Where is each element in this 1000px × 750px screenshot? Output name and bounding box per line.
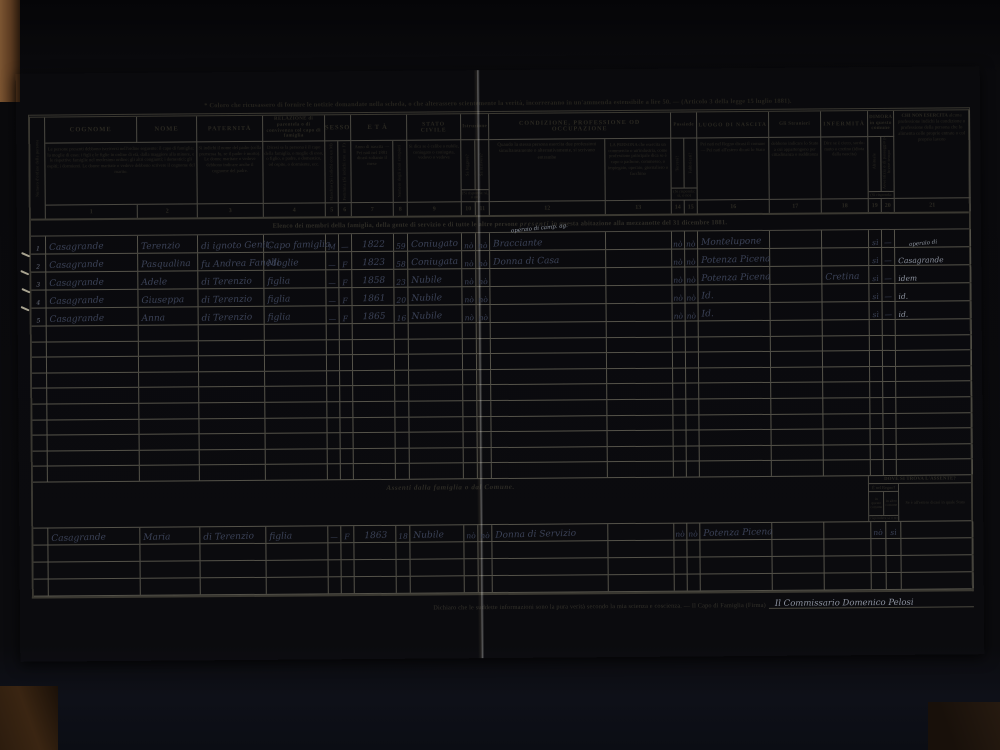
- cell-straniero: [770, 230, 822, 247]
- cell-m: —: [326, 252, 339, 269]
- cell-cognome: [49, 562, 141, 579]
- cell-anni: [396, 464, 410, 479]
- cell-abituale: sì: [869, 230, 882, 247]
- pencil-tick: [21, 306, 30, 311]
- cell-persona: [608, 541, 674, 558]
- cell-chi: id.: [895, 283, 971, 301]
- cell-professione: [492, 447, 608, 463]
- handwritten-cognome: Casagrande: [49, 297, 104, 307]
- cell-terreni: nò: [672, 250, 685, 267]
- cell-anni: 59: [394, 234, 408, 251]
- cell-relazione: figlia: [264, 288, 326, 305]
- cell-m: [327, 387, 340, 402]
- cell-chi: id.: [896, 301, 972, 319]
- handwritten-luogo: Potenza Picena: [701, 273, 770, 284]
- cell-m: —: [326, 270, 339, 287]
- cell-anno: [353, 386, 395, 401]
- cell-infermita: [824, 445, 871, 460]
- handwritten-legge: nò: [464, 260, 474, 268]
- col-num-2: 2: [138, 204, 198, 217]
- cell-scrive: [478, 432, 492, 447]
- cell-anno: [355, 577, 397, 593]
- handwritten-scrive: nò: [478, 314, 488, 322]
- cell-cognome: [47, 388, 139, 403]
- cell-straniero: [771, 414, 823, 429]
- cell-cognome: [47, 373, 139, 388]
- cell-chi: [897, 444, 973, 459]
- cell-paternita: fu Andrea Fanelli: [198, 253, 264, 271]
- cell-anno: 1822: [352, 234, 394, 251]
- cell-legge: [463, 323, 477, 338]
- cell-altro: sì: [886, 522, 901, 538]
- cell-scrive: [479, 576, 493, 592]
- cell-stato: [410, 432, 464, 447]
- cell-infermita: [823, 367, 870, 382]
- handwritten-anno: 1865: [362, 313, 385, 323]
- cell-anno: [353, 371, 395, 386]
- cell-questo: nò: [871, 522, 886, 538]
- cell-relazione: figlia: [266, 526, 328, 542]
- cell-passaggio: —: [882, 248, 895, 265]
- cell-n: [33, 451, 48, 466]
- col-head-dimora: DIMORA in questo comune: [868, 111, 894, 137]
- handwritten-abituale: sì: [872, 274, 878, 282]
- handwritten-stato: Nubile: [411, 276, 442, 286]
- col-head-infermita: INFERMITÀ: [821, 111, 868, 137]
- cell-m: [328, 433, 341, 448]
- handwritten-anno: 1822: [362, 241, 385, 251]
- cell-questo: [871, 539, 886, 555]
- cell-stato: [409, 354, 463, 369]
- cell-f: [340, 355, 353, 370]
- cell-stato: Nubile: [409, 305, 463, 322]
- cell-straniero: [772, 522, 824, 538]
- cell-professione: [491, 369, 607, 385]
- cell-professione: [491, 416, 607, 432]
- handwritten-fabbricati: nò: [687, 294, 697, 302]
- cell-relazione: [266, 434, 328, 449]
- handwritten-nome: Maria: [143, 533, 170, 543]
- cell-nome: [140, 450, 200, 465]
- cell-scrive: [477, 417, 491, 432]
- cell-chi: [897, 428, 973, 443]
- handwritten-anno: 1863: [364, 532, 387, 542]
- col-num-9: 9: [408, 202, 462, 215]
- table-header: Numero d'ordine della persona COGNOME NO…: [30, 110, 969, 220]
- col-num-14: 14: [672, 201, 685, 214]
- cell-professione: [492, 431, 608, 447]
- cell-stato: [409, 339, 463, 354]
- cell-f: [340, 402, 353, 417]
- cell-legge: [463, 417, 477, 432]
- cell-luogo: Montelupone: [698, 231, 770, 249]
- note-stranieri: debbono indicare lo Stato a cui apparten…: [769, 137, 821, 199]
- handwritten-chi: id.: [898, 292, 908, 300]
- cell-paternita: [201, 578, 267, 595]
- cell-stato: Nubile: [410, 525, 464, 541]
- handwritten-luogo: Potenza Picena: [701, 255, 770, 266]
- cell-paternita: di Terenzio: [199, 307, 265, 325]
- handwritten-passaggio: —: [884, 238, 892, 246]
- cell-professione: [492, 541, 608, 558]
- cell-f: [342, 560, 355, 576]
- cell-legge: [465, 559, 479, 575]
- col-num-7: 7: [352, 203, 394, 216]
- cell-scrive: nò: [476, 269, 490, 286]
- cell-persona: [607, 337, 673, 352]
- subhead-terreni: Terreni?: [671, 139, 684, 188]
- cell-straniero: [772, 539, 824, 555]
- cell-terreni: [675, 557, 688, 573]
- handwritten-fabbricati: nò: [689, 531, 699, 539]
- handwritten-anno: 1861: [362, 295, 385, 305]
- handwritten-legge: nò: [464, 278, 474, 286]
- cell-anno: [353, 339, 395, 354]
- cell-professione: [490, 268, 606, 286]
- cell-f: [340, 371, 353, 386]
- cell-fabbricati: [687, 462, 700, 477]
- cell-anni: [395, 339, 409, 354]
- cell-anni: [396, 433, 410, 448]
- cell-persona: [608, 446, 674, 461]
- cell-abituale: [871, 445, 884, 460]
- cell-n: [32, 358, 47, 373]
- pencil-tick: [20, 270, 29, 275]
- cell-abituale: [870, 382, 883, 397]
- cell-passaggio: —: [883, 302, 896, 319]
- cell-anno: [355, 560, 397, 576]
- handwritten-paternita: di Terenzio: [201, 296, 252, 306]
- cell-professione: Braccianteoperaio di camp. ag.: [490, 232, 606, 250]
- cell-nome: [141, 578, 201, 594]
- cell-straniero: [771, 398, 823, 413]
- col-num-15: 15: [685, 200, 698, 213]
- cell-straniero: [772, 461, 824, 476]
- handwritten-terreni: nò: [674, 294, 684, 302]
- handwritten-passaggio: —: [884, 274, 892, 282]
- handwritten-f: F: [343, 297, 348, 305]
- handwritten-nome: Giuseppa: [141, 296, 184, 306]
- cell-persona: [606, 232, 672, 250]
- subhead-istruzione: Sa leggere? Sa scrivere? (Si risponda: s…: [461, 140, 489, 202]
- handwritten-stato: Nubile: [412, 312, 443, 322]
- cell-cognome: [47, 357, 139, 372]
- cell-anno: 1861: [352, 288, 394, 305]
- cell-abituale: [870, 414, 883, 429]
- cell-nome: [139, 372, 199, 387]
- cell-anni: [396, 448, 410, 463]
- handwritten-infermita: Cretina: [825, 273, 859, 283]
- declaration-line: Dichiaro che le suddette informazioni so…: [32, 598, 974, 615]
- cell-chi: [896, 413, 972, 428]
- cell-stato: [409, 323, 463, 338]
- cell-n: [32, 389, 47, 404]
- cell-cognome: [47, 326, 139, 341]
- cell-cognome: [47, 419, 139, 434]
- cell-legge: [463, 354, 477, 369]
- cell-straniero: [771, 336, 823, 351]
- census-table: Numero d'ordine della persona COGNOME NO…: [28, 107, 974, 598]
- cell-cognome: [49, 579, 141, 596]
- cell-nome: [139, 419, 199, 434]
- cell-luogo: [699, 414, 771, 429]
- note-si-risponda: (Si risponda: sì, o no): [672, 187, 697, 199]
- cell-scrive: [477, 401, 491, 416]
- cell-m: [328, 449, 341, 464]
- cell-relazione: [265, 387, 327, 402]
- handwritten-stato: Nubile: [411, 294, 442, 304]
- cell-fabbricati: [688, 557, 701, 573]
- absent-caption-area: Assenti dalla famiglia o dal Comune.: [33, 476, 870, 528]
- cell-nome: Pasqualina: [138, 253, 198, 270]
- cell-professione: [491, 304, 607, 322]
- cell-infermita: [823, 382, 870, 397]
- cell-relazione: [267, 577, 329, 593]
- handwritten-fabbricati: nò: [687, 312, 697, 320]
- cell-passaggio: [883, 413, 896, 428]
- cell-terreni: [674, 446, 687, 461]
- handwritten-n: 4: [37, 301, 41, 307]
- cell-professione: [490, 286, 606, 304]
- cell-abituale: [870, 320, 883, 335]
- cell-abituale: sì: [869, 284, 882, 301]
- cell-chi: [896, 382, 972, 397]
- handwritten-relazione: Moglie: [267, 259, 299, 269]
- handwritten-nome: Terenzio: [141, 242, 180, 252]
- cell-straniero: [772, 430, 824, 445]
- cell-legge: nò: [462, 233, 476, 250]
- cell-fabbricati: [686, 399, 699, 414]
- cell-cognome: Casagrande: [46, 272, 138, 290]
- cell-stato: [409, 417, 463, 432]
- cell-n: [33, 528, 48, 544]
- handwritten-nome: Pasqualina: [141, 260, 191, 270]
- cell-professione: [491, 338, 607, 354]
- cell-legge: nò: [464, 525, 478, 541]
- col-num-4: 4: [264, 203, 326, 216]
- cell-abituale: [870, 336, 883, 351]
- cell-m: —: [326, 288, 339, 305]
- cell-nome: Terenzio: [138, 235, 198, 252]
- cell-nome: [140, 435, 200, 450]
- cell-relazione: [265, 356, 327, 371]
- cell-terreni: [674, 462, 687, 477]
- cell-fabbricati: nò: [685, 249, 698, 266]
- handwritten-n: 5: [37, 319, 41, 325]
- handwritten-terreni: nò: [673, 240, 683, 248]
- cell-scrive: nò: [478, 525, 492, 541]
- cell-paternita: di ignoto Genit.: [198, 235, 264, 253]
- handwritten-paternita: di Terenzio: [202, 314, 253, 324]
- cell-luogo: [700, 461, 772, 476]
- note-stato-civile: Si dica se è celibe o nubile, coniugato …: [407, 140, 461, 202]
- cell-legge: [464, 432, 478, 447]
- handwritten-abituale: sì: [872, 292, 878, 300]
- cell-f: —: [339, 234, 352, 251]
- handwritten-passaggio: —: [885, 310, 893, 318]
- cell-fabbricati: [686, 321, 699, 336]
- handwritten-chi: Casagrande: [898, 256, 944, 265]
- cell-f: [341, 433, 354, 448]
- cell-m: [327, 371, 340, 386]
- cell-straniero: [771, 352, 823, 367]
- cell-legge: [465, 576, 479, 592]
- handwritten-scrive: nò: [478, 242, 488, 250]
- cell-relazione: [265, 371, 327, 386]
- cell-legge: [463, 386, 477, 401]
- cell-relazione: [266, 449, 328, 464]
- note-relazione: Dicesi se la persona è il capo della fam…: [263, 141, 325, 203]
- cell-straniero: [771, 367, 823, 382]
- cell-scrive: nò: [476, 233, 490, 250]
- cell-persona: [607, 384, 673, 399]
- dove-estero: Se è all'estero dicasi in quale Stato: [899, 483, 971, 521]
- cell-legge: nò: [463, 305, 477, 322]
- cell-stato: [409, 401, 463, 416]
- cell-n: [33, 467, 48, 482]
- cell-luogo: [699, 321, 771, 336]
- handwritten-n: 2: [36, 265, 40, 271]
- cell-stato: [409, 386, 463, 401]
- cell-m: [328, 543, 341, 559]
- handwritten-f: F: [343, 315, 348, 323]
- cell-straniero: [770, 266, 822, 283]
- handwritten-chi: id.: [899, 310, 909, 318]
- handwritten-luogo: Montelupone: [701, 237, 762, 248]
- cell-cognome: [48, 545, 140, 562]
- cell-relazione: [266, 543, 328, 559]
- cell-relazione: [265, 340, 327, 355]
- cell-cognome: [47, 341, 139, 356]
- cell-m: [328, 465, 341, 480]
- col-head-relazione: RELAZIONE di parentela o di convivenza c…: [263, 115, 325, 141]
- cell-anno: [354, 449, 396, 464]
- cell-anno: [353, 355, 395, 370]
- cell-fabbricati: nò: [686, 303, 699, 320]
- handwritten-m: —: [329, 279, 337, 287]
- col-num-11: 11: [476, 202, 490, 215]
- col-num-16: 16: [698, 200, 770, 214]
- cell-straniero: [771, 383, 823, 398]
- cell-relazione: [265, 402, 327, 417]
- col-head-cognome: COGNOME: [45, 117, 137, 144]
- cell-legge: nò: [462, 251, 476, 268]
- handwritten-f: F: [343, 279, 348, 287]
- cell-passaggio: [884, 445, 897, 460]
- cell-relazione: [267, 560, 329, 576]
- handwritten-m: M: [328, 243, 336, 251]
- cell-passaggio: [884, 429, 897, 444]
- cell-chi: idem: [895, 265, 971, 283]
- cell-luogo: [700, 540, 772, 557]
- handwritten-anno: 1823: [362, 259, 385, 269]
- cell-nome: [139, 325, 199, 340]
- cell-terreni: nò: [672, 268, 685, 285]
- cell-n: [32, 342, 47, 357]
- cell-stato: Coniugato: [408, 233, 462, 250]
- cell-f: F: [339, 252, 352, 269]
- cell-professione: [491, 353, 607, 369]
- cell-luogo: Id.: [698, 285, 770, 303]
- cell-luogo: [699, 352, 771, 367]
- cell-paternita: [199, 372, 265, 387]
- handwritten-anno: 1858: [362, 277, 385, 287]
- cell-luogo: Potenza Picena: [700, 523, 772, 540]
- cell-anni: 23: [394, 270, 408, 287]
- handwritten-passaggio: —: [885, 292, 893, 300]
- cell-nome: [139, 403, 199, 418]
- cell-stato: [409, 370, 463, 385]
- col-head-stato-civile: STATO CIVILE: [407, 114, 461, 140]
- col-head-condizione: CONDIZIONE, PROFESSIONE OD OCCUPAZIONE: [489, 113, 671, 140]
- cell-abituale: sì: [870, 302, 883, 319]
- cell-persona: [608, 431, 674, 446]
- handwritten-anni: 16: [396, 314, 406, 322]
- handwritten-abituale: sì: [872, 238, 878, 246]
- subhead-dimora: Abituale Avventizia o di passaggio per b…: [868, 137, 894, 199]
- cell-fabbricati: [686, 353, 699, 368]
- handwritten-legge: nò: [466, 533, 476, 541]
- cell-nome: [139, 357, 199, 372]
- cell-anno: [353, 324, 395, 339]
- cell-n: [34, 579, 49, 595]
- absent-section-header: Assenti dalla famiglia o dal Comune. DOV…: [33, 475, 971, 528]
- cell-cognome: Casagrande: [46, 254, 138, 272]
- handwritten-terreni: nò: [676, 531, 686, 539]
- handwritten-cognome: Casagrande: [49, 243, 104, 253]
- cell-cognome: Casagrande: [46, 290, 138, 308]
- cell-abituale: [870, 351, 883, 366]
- handwritten-anni: 58: [396, 260, 406, 268]
- subhead-anno-nascita: Anno di nascita — Pei nati nel 1881 dica…: [351, 141, 393, 203]
- cell-nome: Maria: [140, 527, 200, 543]
- cell-stato: Nubile: [408, 269, 462, 286]
- cell-nome: [140, 544, 200, 560]
- cell-cognome: [48, 466, 140, 481]
- cell-m: [327, 324, 340, 339]
- cell-questo: [872, 556, 887, 572]
- cell-f: F: [339, 288, 352, 305]
- cell-straniero: [773, 556, 825, 572]
- note-condizione-13: LA PERSONA che esercita un commercio o u…: [605, 139, 671, 202]
- subhead-maschio: Maschio (Si indichi con un M): [325, 141, 338, 203]
- handwritten-chi: idem: [898, 274, 917, 282]
- handwritten-anni: 18: [398, 533, 408, 541]
- cell-m: [327, 402, 340, 417]
- absent-section-caption: Assenti dalla famiglia o dal Comune.: [386, 483, 515, 525]
- cell-n: 2: [31, 255, 46, 272]
- cell-f: [340, 340, 353, 355]
- cell-anni: 18: [396, 526, 410, 542]
- cell-abituale: [870, 398, 883, 413]
- cell-passaggio: [883, 398, 896, 413]
- cell-luogo: [699, 383, 771, 398]
- note-infermita: Dire se è cieco, sordo-muto o cretino (i…: [821, 137, 868, 199]
- cell-legge: [463, 370, 477, 385]
- cell-anno: [353, 402, 395, 417]
- handwritten-scrive: nò: [480, 532, 490, 540]
- cell-questo: [872, 573, 887, 589]
- handwritten-stato: Nubile: [413, 531, 444, 541]
- cell-n: [32, 405, 47, 420]
- cell-infermita: [823, 302, 870, 319]
- cell-persona: [607, 400, 673, 415]
- cell-n: 3: [31, 273, 46, 290]
- cell-luogo: [701, 557, 773, 574]
- handwritten-f: F: [343, 261, 348, 269]
- note-si-risponda: (Si risponda: sì, o no): [462, 189, 489, 201]
- cell-professione: [491, 322, 607, 338]
